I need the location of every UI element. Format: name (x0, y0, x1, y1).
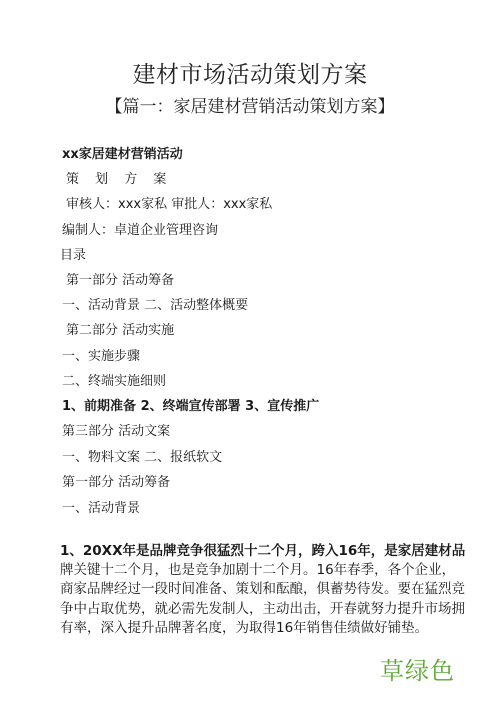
compiler-line: 编制人：卓道企业管理咨询 (62, 222, 218, 240)
toc-item: 第三部分 活动文案 (62, 423, 170, 441)
toc-item: 第二部分 活动实施 (66, 322, 174, 340)
toc-item: 一、实施步骤 (62, 348, 140, 366)
background-paragraph: 1、20XX年是品牌竞争很猛烈十二个月，跨入16年，是家居建材品 牌关键十二个月… (60, 542, 442, 638)
document-title: 建材市场活动策划方案 (0, 60, 500, 90)
paragraph-line: 牌关键十二个月，也是竞争加剧十二个月。16年春季，各个企业， (60, 561, 442, 580)
subsection-heading: 一、活动背景 (62, 500, 140, 518)
paragraph-line: 争中占取优势，就必需先发制人，主动出击，开春就努力提升市场拥 (60, 600, 442, 619)
toc-item: 1、前期准备 2、终端宣传部署 3、宣传推广 (62, 398, 319, 416)
section-heading: 第一部分 活动筹备 (62, 474, 170, 492)
paragraph-line: 有率，深入提升品牌著名度，为取得16年销售佳绩做好铺垫。 (60, 619, 442, 638)
toc-item: 一、物料文案 二、报纸软文 (62, 449, 222, 467)
paragraph-line: 商家品牌经过一段时间准备、策划和酝酿，俱蓄势待发。要在猛烈竞 (60, 580, 442, 599)
reviewers-line: 审核人：xxx家私 审批人：xxx家私 (66, 196, 272, 214)
watermark-label: 草绿色 (380, 655, 455, 687)
company-activity-line: xx家居建材营销活动 (62, 146, 183, 164)
document-subtitle: 【篇一：家居建材营销活动策划方案】 (0, 95, 500, 119)
toc-heading: 目录 (60, 247, 86, 265)
document-page: 建材市场活动策划方案 【篇一：家居建材营销活动策划方案】 xx家居建材营销活动 … (0, 0, 500, 707)
plan-label-line: 策 划 方 案 (66, 171, 172, 189)
toc-item: 一、活动背景 二、活动整体概要 (62, 297, 248, 315)
paragraph-line: 1、20XX年是品牌竞争很猛烈十二个月，跨入16年，是家居建材品 (60, 542, 442, 561)
toc-item: 二、终端实施细则 (62, 373, 166, 391)
toc-item: 第一部分 活动筹备 (66, 272, 174, 290)
